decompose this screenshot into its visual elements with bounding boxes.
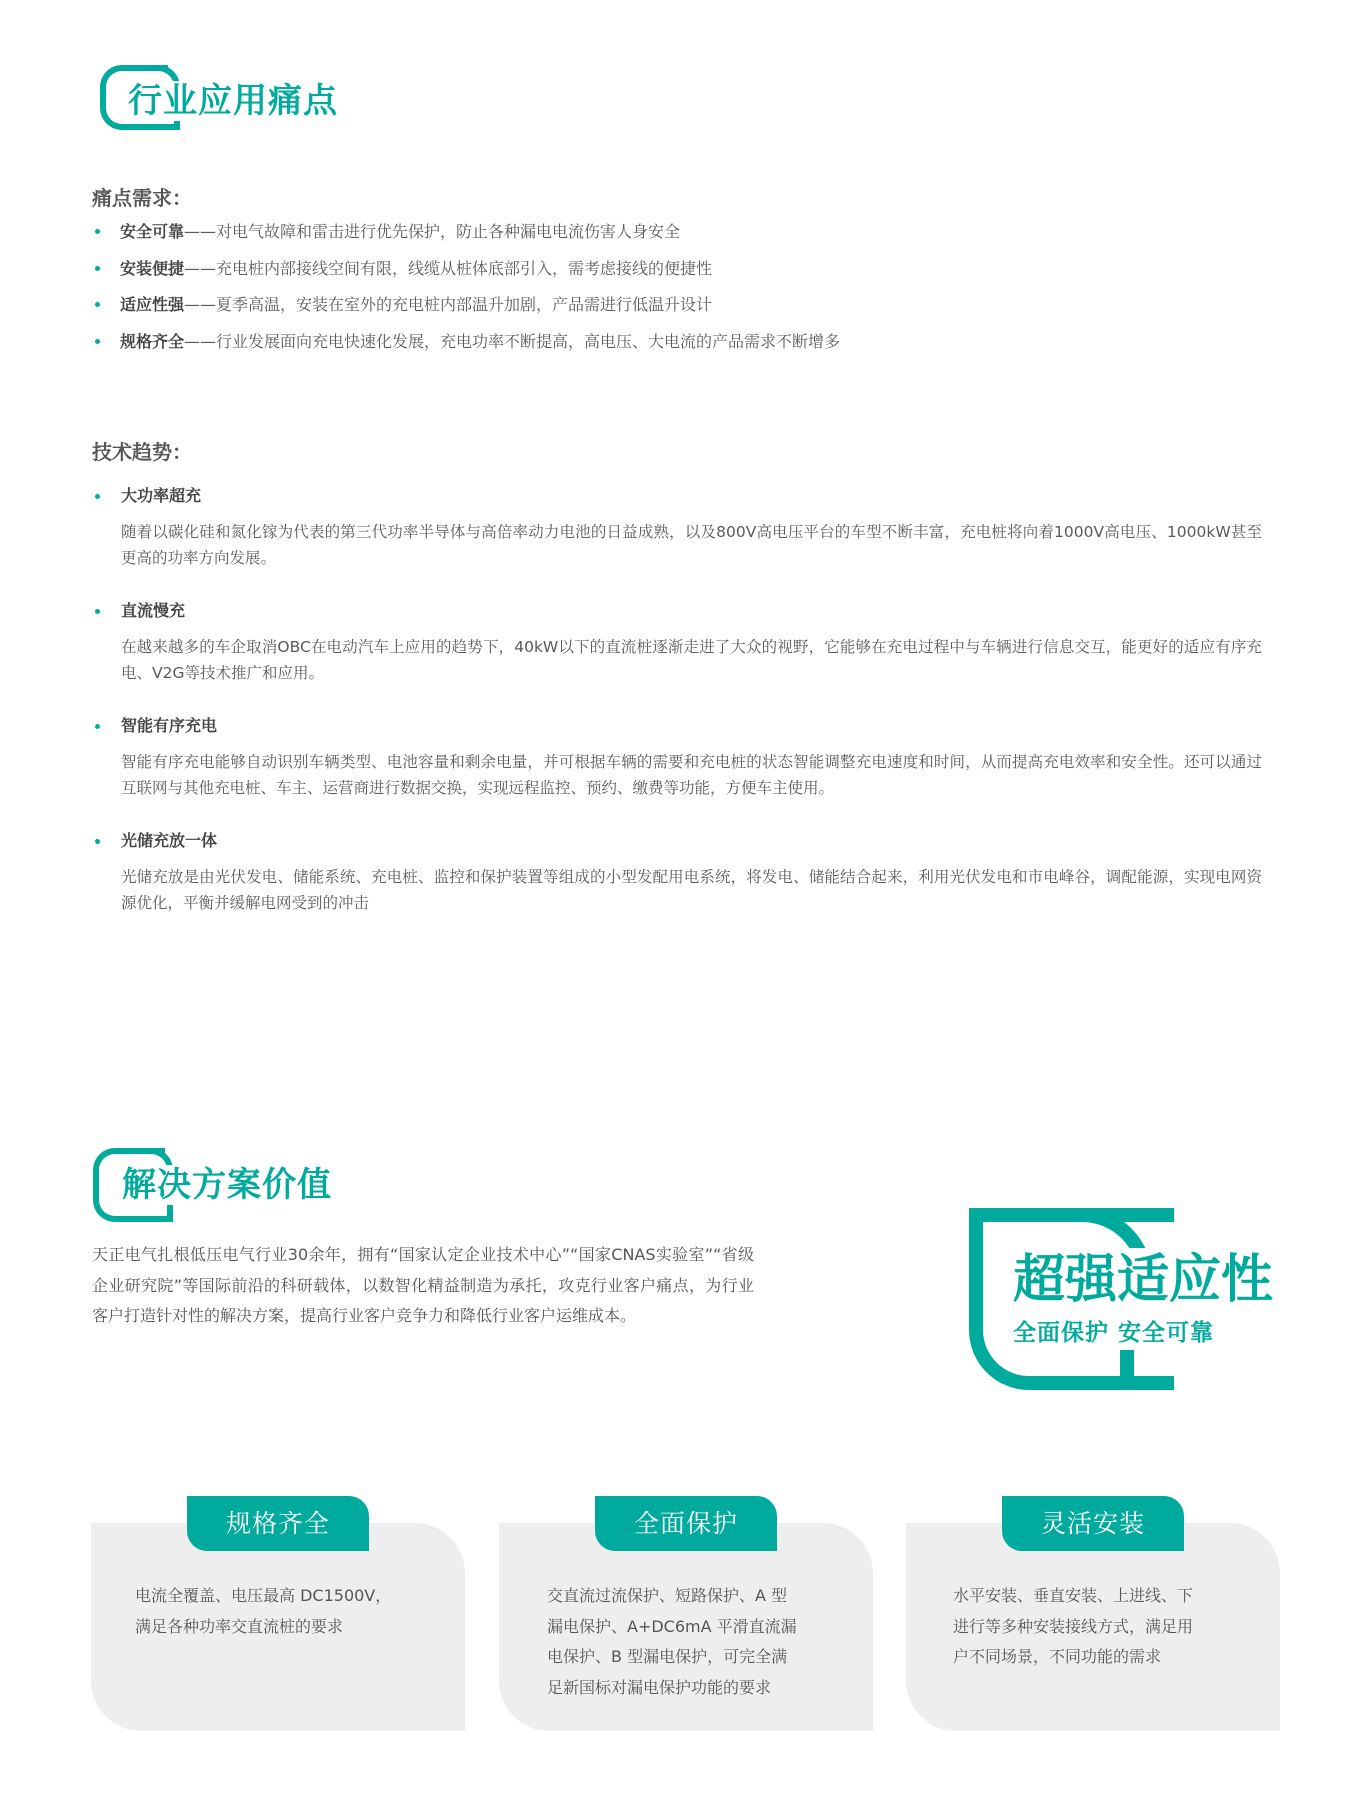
bullet-icon (95, 339, 100, 344)
card-line: 交直流过流保护、短路保护、A 型 (547, 1581, 847, 1612)
bullet-icon (95, 724, 100, 729)
needs-heading: 痛点需求： (92, 186, 192, 210)
need-item: 安全可靠——对电气故障和雷击进行优先保护，防止各种漏电电流伤害人身安全 (92, 222, 1192, 259)
needs-list: 安全可靠——对电气故障和雷击进行优先保护，防止各种漏电电流伤害人身安全 安装便捷… (92, 222, 1192, 368)
bullet-icon (95, 494, 100, 499)
need-text: ——行业发展面向充电快速化发展，充电功率不断提高，高电压、大电流的产品需求不断增… (184, 332, 840, 351)
trend-item: 光储充放一体 光储充放是由光伏发电、储能系统、充电桩、监控和保护装置等组成的小型… (92, 830, 1262, 945)
need-label: 适应性强 (120, 295, 184, 314)
card-line: 足新国标对漏电保护功能的要求 (547, 1673, 847, 1704)
bullet-icon (95, 302, 100, 307)
need-item: 规格齐全——行业发展面向充电快速化发展，充电功率不断提高，高电压、大电流的产品需… (92, 332, 1192, 369)
trend-title: 智能有序充电 (121, 715, 1262, 737)
card-line: 水平安装、垂直安装、上进线、下 (953, 1581, 1253, 1612)
section-title-pain-points: 行业应用痛点 (124, 81, 342, 121)
need-label: 安装便捷 (120, 259, 184, 278)
feature-card-tab: 灵活安装 (1002, 1496, 1184, 1551)
trend-item: 直流慢充 在越来越多的车企取消OBC在电动汽车上应用的趋势下，40kW以下的直流… (92, 600, 1262, 715)
need-item: 适应性强——夏季高温，安装在室外的充电桩内部温升加剧，产品需进行低温升设计 (92, 295, 1192, 332)
feature-card-tab: 全面保护 (595, 1496, 777, 1551)
trend-desc: 在越来越多的车企取消OBC在电动汽车上应用的趋势下，40kW以下的直流桩逐渐走进… (121, 634, 1262, 686)
card-line: 满足各种功率交直流桩的要求 (135, 1612, 435, 1643)
trends-list: 大功率超充 随着以碳化硅和氮化镓为代表的第三代功率半导体与高倍率动力电池的日益成… (92, 485, 1262, 945)
card-line: 电保护、B 型漏电保护，可完全满 (547, 1642, 847, 1673)
card-line: 电流全覆盖、电压最高 DC1500V， (135, 1581, 435, 1612)
trend-desc: 智能有序充电能够自动识别车辆类型、电池容量和剩余电量，并可根据车辆的需要和充电桩… (121, 749, 1262, 801)
trend-title: 光储充放一体 (121, 830, 1262, 852)
badge-stub-icon (1120, 1345, 1134, 1390)
trend-title: 大功率超充 (121, 485, 1262, 507)
trend-desc: 光储充放是由光伏发电、储能系统、充电桩、监控和保护装置等组成的小型发配用电系统，… (121, 864, 1262, 916)
card-line: 户不同场景，不同功能的需求 (953, 1642, 1253, 1673)
need-item: 安装便捷——充电桩内部接线空间有限，线缆从桩体底部引入，需考虑接线的便捷性 (92, 259, 1192, 296)
bullet-icon (95, 609, 100, 614)
trend-item: 大功率超充 随着以碳化硅和氮化镓为代表的第三代功率半导体与高倍率动力电池的日益成… (92, 485, 1262, 600)
feature-card-tab: 规格齐全 (187, 1496, 369, 1551)
solution-intro: 天正电气扎根低压电气行业30余年，拥有“国家认定企业技术中心”“国家CNAS实验… (92, 1240, 754, 1332)
need-text: ——对电气故障和雷击进行优先保护，防止各种漏电电流伤害人身安全 (184, 222, 680, 241)
card-line: 漏电保护、A+DC6mA 平滑直流漏 (547, 1612, 847, 1643)
need-label: 安全可靠 (120, 222, 184, 241)
bullet-icon (95, 229, 100, 234)
section-title-solution: 解决方案价值 (118, 1165, 336, 1205)
card-line: 进行等多种安装接线方式，满足用 (953, 1612, 1253, 1643)
need-text: ——充电桩内部接线空间有限，线缆从桩体底部引入，需考虑接线的便捷性 (184, 259, 712, 278)
badge-title: 超强适应性 (1005, 1248, 1281, 1312)
feature-card-text: 电流全覆盖、电压最高 DC1500V， 满足各种功率交直流桩的要求 (135, 1581, 435, 1642)
need-label: 规格齐全 (120, 332, 184, 351)
trend-title: 直流慢充 (121, 600, 1262, 622)
badge-subtitle: 全面保护 安全可靠 (1007, 1316, 1220, 1350)
bullet-icon (95, 266, 100, 271)
trend-desc: 随着以碳化硅和氮化镓为代表的第三代功率半导体与高倍率动力电池的日益成熟，以及80… (121, 519, 1262, 571)
bullet-icon (95, 839, 100, 844)
need-text: ——夏季高温，安装在室外的充电桩内部温升加剧，产品需进行低温升设计 (184, 295, 712, 314)
trend-item: 智能有序充电 智能有序充电能够自动识别车辆类型、电池容量和剩余电量，并可根据车辆… (92, 715, 1262, 830)
trends-heading: 技术趋势： (92, 440, 192, 464)
feature-card-text: 水平安装、垂直安装、上进线、下 进行等多种安装接线方式，满足用 户不同场景，不同… (953, 1581, 1253, 1673)
feature-card-text: 交直流过流保护、短路保护、A 型 漏电保护、A+DC6mA 平滑直流漏 电保护、… (547, 1581, 847, 1703)
